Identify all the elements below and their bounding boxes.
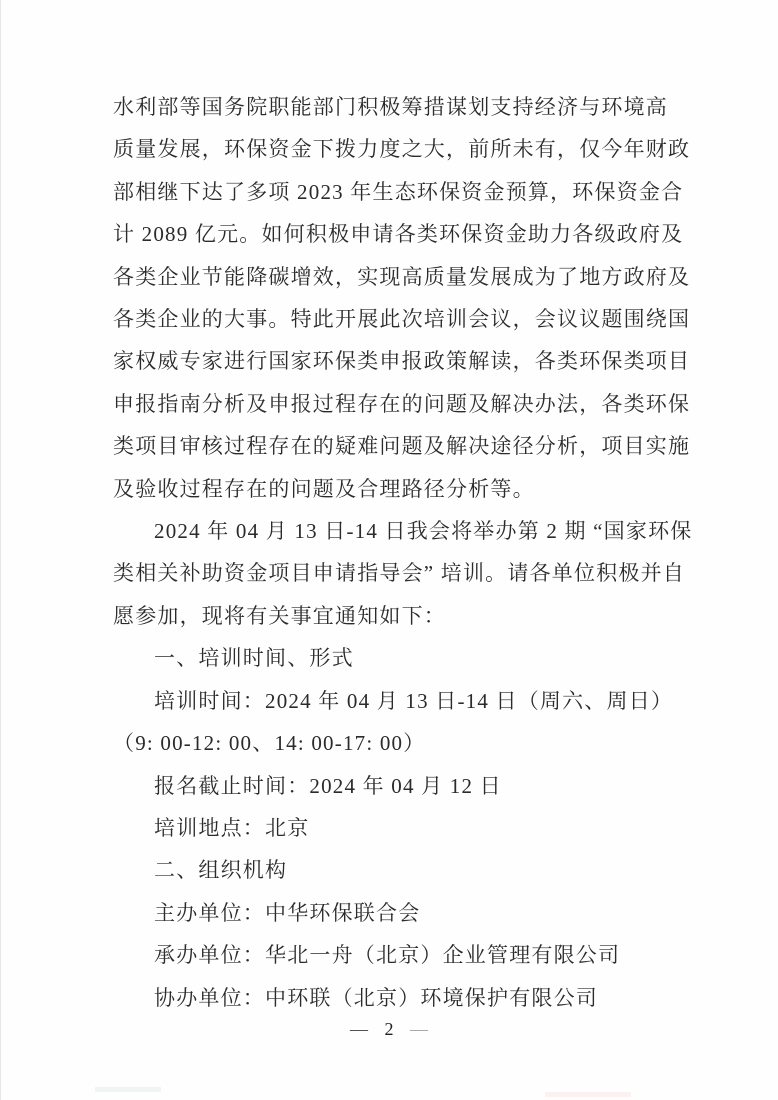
text-line-training-time: 培训时间：2024 年 04 月 13 日-14 日（周六、周日） <box>113 680 675 722</box>
document-text-block: 水利部等国务院职能部门积极筹措谋划支持经济与环境高 质量发展，环保资金下拨力度之… <box>113 86 675 1019</box>
footer-dash-right: — <box>398 1019 428 1039</box>
text-line: 类项目审核过程存在的疑难问题及解决途径分析，项目实施 <box>113 425 675 467</box>
scan-artifact-green <box>95 1087 161 1092</box>
text-line-location: 培训地点：北京 <box>113 807 675 849</box>
text-line-host-unit: 主办单位：中华环保联合会 <box>113 892 675 934</box>
text-line: 各类企业的大事。特此开展此次培训会议，会议议题围绕国 <box>113 298 675 340</box>
page-number: 2 <box>385 1019 394 1039</box>
scan-artifact-pink <box>545 1092 631 1097</box>
text-line: 类相关补助资金项目申请指导会” 培训。请各单位积极并自 <box>113 552 675 594</box>
text-line-coorganizer-unit: 协办单位：中环联（北京）环境保护有限公司 <box>113 977 675 1019</box>
text-line: 计 2089 亿元。如何积极申请各类环保资金助力各级政府及 <box>113 213 675 255</box>
text-line-training-hours: （9: 00-12: 00、14: 00-17: 00） <box>113 722 675 764</box>
text-line: 部相继下达了多项 2023 年生态环保资金预算，环保资金合 <box>113 171 675 213</box>
text-line: 家权威专家进行国家环保类申报政策解读，各类环保类项目 <box>113 340 675 382</box>
text-line: 申报指南分析及申报过程存在的问题及解决办法，各类环保 <box>113 383 675 425</box>
section-heading-1: 一、培训时间、形式 <box>113 637 675 679</box>
text-line: 水利部等国务院职能部门积极筹措谋划支持经济与环境高 <box>113 86 675 128</box>
scan-edge-artifact <box>0 0 1 1100</box>
footer-dash-left: — <box>350 1019 380 1039</box>
text-line: 质量发展，环保资金下拨力度之大，前所未有，仅今年财政 <box>113 128 675 170</box>
text-line: 愿参加，现将有关事宜通知如下： <box>113 595 675 637</box>
text-line: 及验收过程存在的问题及合理路径分析等。 <box>113 468 675 510</box>
document-page: 水利部等国务院职能部门积极筹措谋划支持经济与环境高 质量发展，环保资金下拨力度之… <box>0 0 778 1100</box>
text-line: 各类企业节能降碳增效，实现高质量发展成为了地方政府及 <box>113 256 675 298</box>
text-line-paragraph-start: 2024 年 04 月 13 日-14 日我会将举办第 2 期 “国家环保 <box>113 510 675 552</box>
page-footer: — 2 — <box>0 1015 778 1043</box>
section-heading-2: 二、组织机构 <box>113 849 675 891</box>
text-line-organizer-unit: 承办单位：华北一舟（北京）企业管理有限公司 <box>113 934 675 976</box>
text-line-deadline: 报名截止时间：2024 年 04 月 12 日 <box>113 765 675 807</box>
